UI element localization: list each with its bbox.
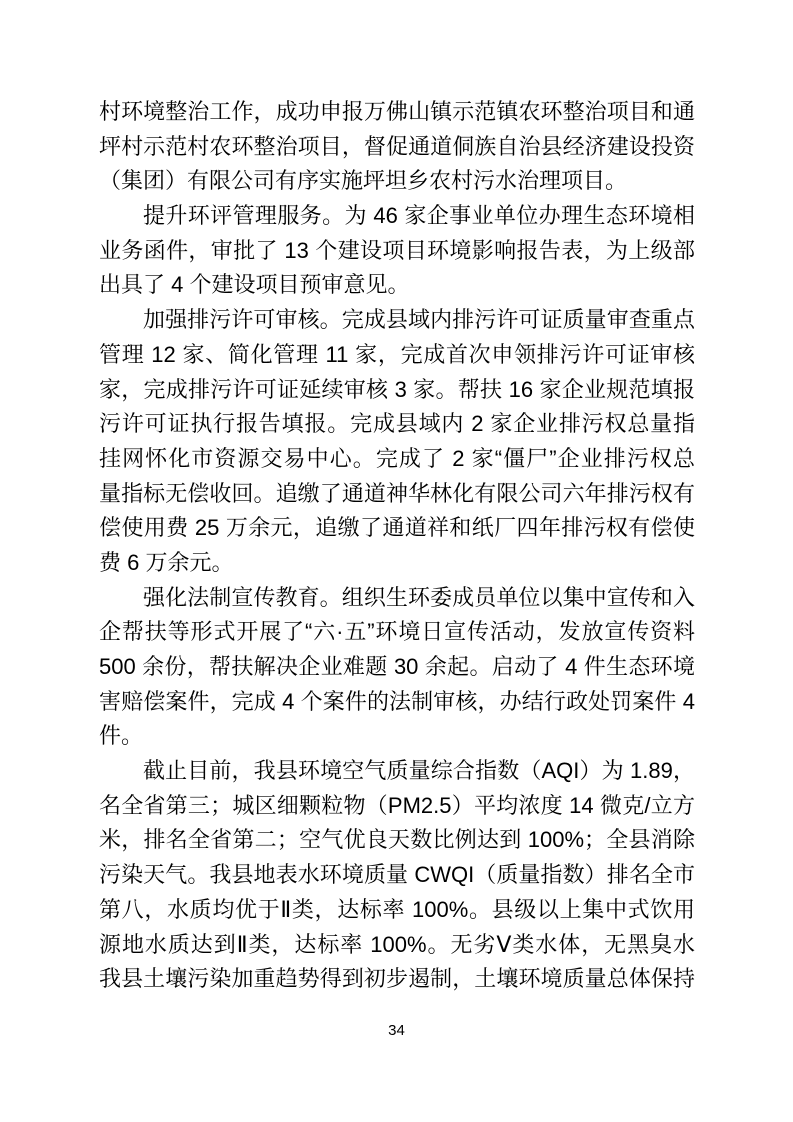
text-line: 污许可证执行报告填报。完成县域内 2 家企业排污权总量指标 bbox=[99, 407, 695, 442]
text-line: 加强排污许可审核。完成县域内排污许可证质量审查重点 bbox=[99, 303, 695, 338]
text-line: 管理 12 家、简化管理 11 家，完成首次申领排污许可证审核 1 bbox=[99, 338, 695, 373]
text-line: 出具了 4 个建设项目预审意见。 bbox=[99, 268, 695, 303]
text-line: 500 余份，帮扶解决企业难题 30 余起。启动了 4 件生态环境损 bbox=[99, 650, 695, 685]
text-line: 截止目前，我县环境空气质量综合指数（AQI）为 1.89，排 bbox=[99, 754, 695, 789]
text-line: 家，完成排污许可证延续审核 3 家。帮扶 16 家企业规范填报排 bbox=[99, 373, 695, 408]
text-line: 我县土壤污染加重趋势得到初步遏制，土壤环境质量总体保持 bbox=[99, 962, 695, 997]
text-line: 第八，水质均优于Ⅱ类，达标率 100%。县级以上集中式饮用水 bbox=[99, 893, 695, 928]
text-line: （集团）有限公司有序实施坪坦乡农村污水治理项目。 bbox=[99, 164, 695, 199]
text-line: 企帮扶等形式开展了“六·五”环境日宣传活动，发放宣传资料 bbox=[99, 615, 695, 650]
text-line: 污染天气。我县地表水环境质量 CWQI（质量指数）排名全市 bbox=[99, 858, 695, 893]
text-line: 偿使用费 25 万余元，追缴了通道祥和纸厂四年排污权有偿使用 bbox=[99, 511, 695, 546]
document-body: 村环境整治工作，成功申报万佛山镇示范镇农环整治项目和通坪村示范村农环整治项目，督… bbox=[99, 95, 695, 997]
text-line: 业务函件，审批了 13 个建设项目环境影响报告表，为上级部门 bbox=[99, 234, 695, 269]
text-line: 提升环评管理服务。为 46 家企事业单位办理生态环境相关 bbox=[99, 199, 695, 234]
text-line: 米，排名全省第二；空气优良天数比例达到 100%；全县消除重 bbox=[99, 823, 695, 858]
text-line: 挂网怀化市资源交易中心。完成了 2 家“僵尸”企业排污权总 bbox=[99, 442, 695, 477]
text-line: 量指标无偿收回。追缴了通道神华林化有限公司六年排污权有 bbox=[99, 477, 695, 512]
document-page: 村环境整治工作，成功申报万佛山镇示范镇农环整治项目和通坪村示范村农环整治项目，督… bbox=[0, 0, 793, 1122]
text-line: 坪村示范村农环整治项目，督促通道侗族自治县经济建设投资 bbox=[99, 130, 695, 165]
text-line: 费 6 万余元。 bbox=[99, 546, 695, 581]
page-number: 34 bbox=[0, 1021, 793, 1041]
text-line: 强化法制宣传教育。组织生环委成员单位以集中宣传和入 bbox=[99, 581, 695, 616]
text-line: 件。 bbox=[99, 719, 695, 754]
text-line: 害赔偿案件，完成 4 个案件的法制审核，办结行政处罚案件 4 bbox=[99, 685, 695, 720]
text-line: 村环境整治工作，成功申报万佛山镇示范镇农环整治项目和通 bbox=[99, 95, 695, 130]
text-line: 名全省第三；城区细颗粒物（PM2.5）平均浓度 14 微克/立方 bbox=[99, 789, 695, 824]
text-line: 源地水质达到Ⅱ类，达标率 100%。无劣Ⅴ类水体，无黑臭水体。 bbox=[99, 928, 695, 963]
